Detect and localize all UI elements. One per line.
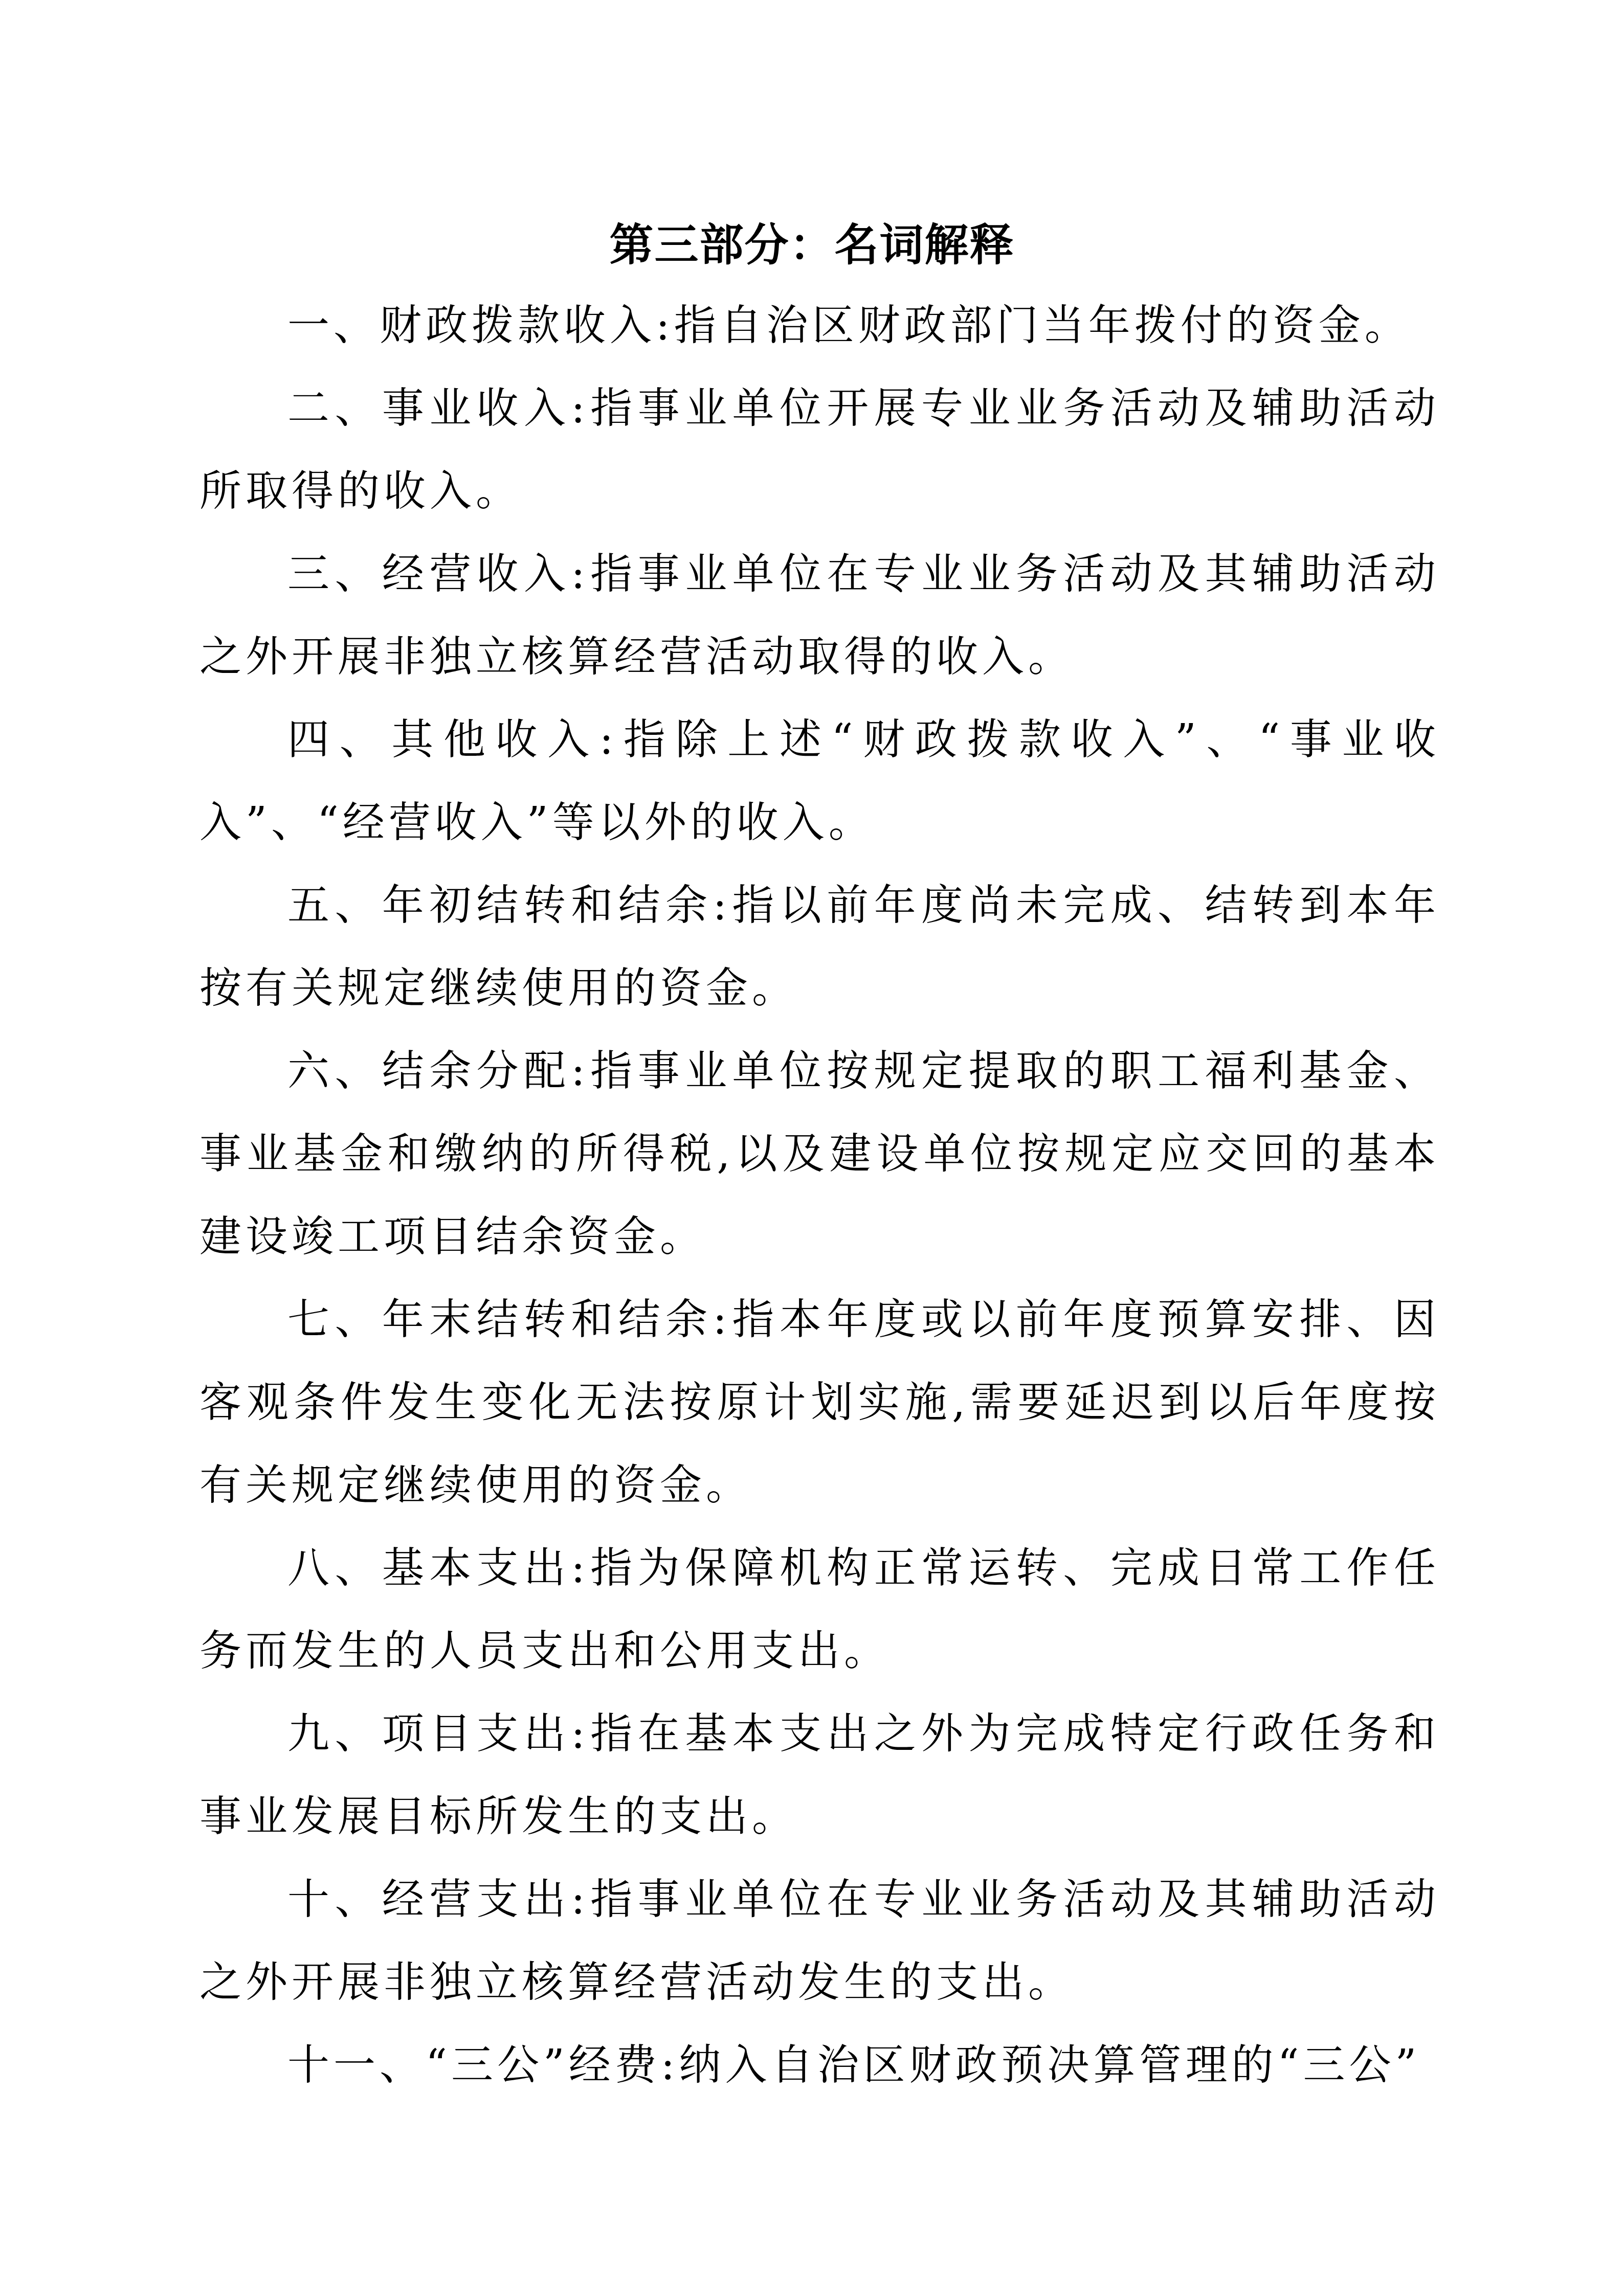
definition-paragraph-2: 二、事业收入:指事业单位开展专业业务活动及辅助活动所取得的收入。 <box>199 367 1440 533</box>
definition-paragraph-8: 八、基本支出:指为保障机构正常运转、完成日常工作任务而发生的人员支出和公用支出。 <box>199 1527 1440 1693</box>
definition-paragraph-7: 七、年末结转和结余:指本年度或以前年度预算安排、因客观条件发生变化无法按原计划实… <box>199 1278 1440 1527</box>
definition-paragraph-9: 九、项目支出:指在基本支出之外为完成特定行政任务和事业发展目标所发生的支出。 <box>199 1693 1440 1858</box>
definition-paragraph-10: 十、经营支出:指事业单位在专业业务活动及其辅助活动之外开展非独立核算经营活动发生… <box>199 1858 1440 2024</box>
definition-paragraph-5: 五、年初结转和结余:指以前年度尚未完成、结转到本年按有关规定继续使用的资金。 <box>199 864 1440 1030</box>
definition-paragraph-11: 十一、“三公”经费:纳入自治区财政预决算管理的“三公” <box>199 2024 1440 2107</box>
document-body: 一、财政拨款收入:指自治区财政部门当年拨付的资金。 二、事业收入:指事业单位开展… <box>199 284 1440 2107</box>
definition-paragraph-1: 一、财政拨款收入:指自治区财政部门当年拨付的资金。 <box>199 284 1440 367</box>
definition-paragraph-6: 六、结余分配:指事业单位按规定提取的职工福利基金、事业基金和缴纳的所得税,以及建… <box>199 1030 1440 1278</box>
page-title: 第三部分：名词解释 <box>0 215 1624 276</box>
document-page: 第三部分：名词解释 一、财政拨款收入:指自治区财政部门当年拨付的资金。 二、事业… <box>0 0 1624 2296</box>
definition-paragraph-3: 三、经营收入:指事业单位在专业业务活动及其辅助活动之外开展非独立核算经营活动取得… <box>199 533 1440 699</box>
definition-paragraph-4: 四、其他收入:指除上述“财政拨款收入”、“事业收入”、“经营收入”等以外的收入。 <box>199 699 1440 864</box>
